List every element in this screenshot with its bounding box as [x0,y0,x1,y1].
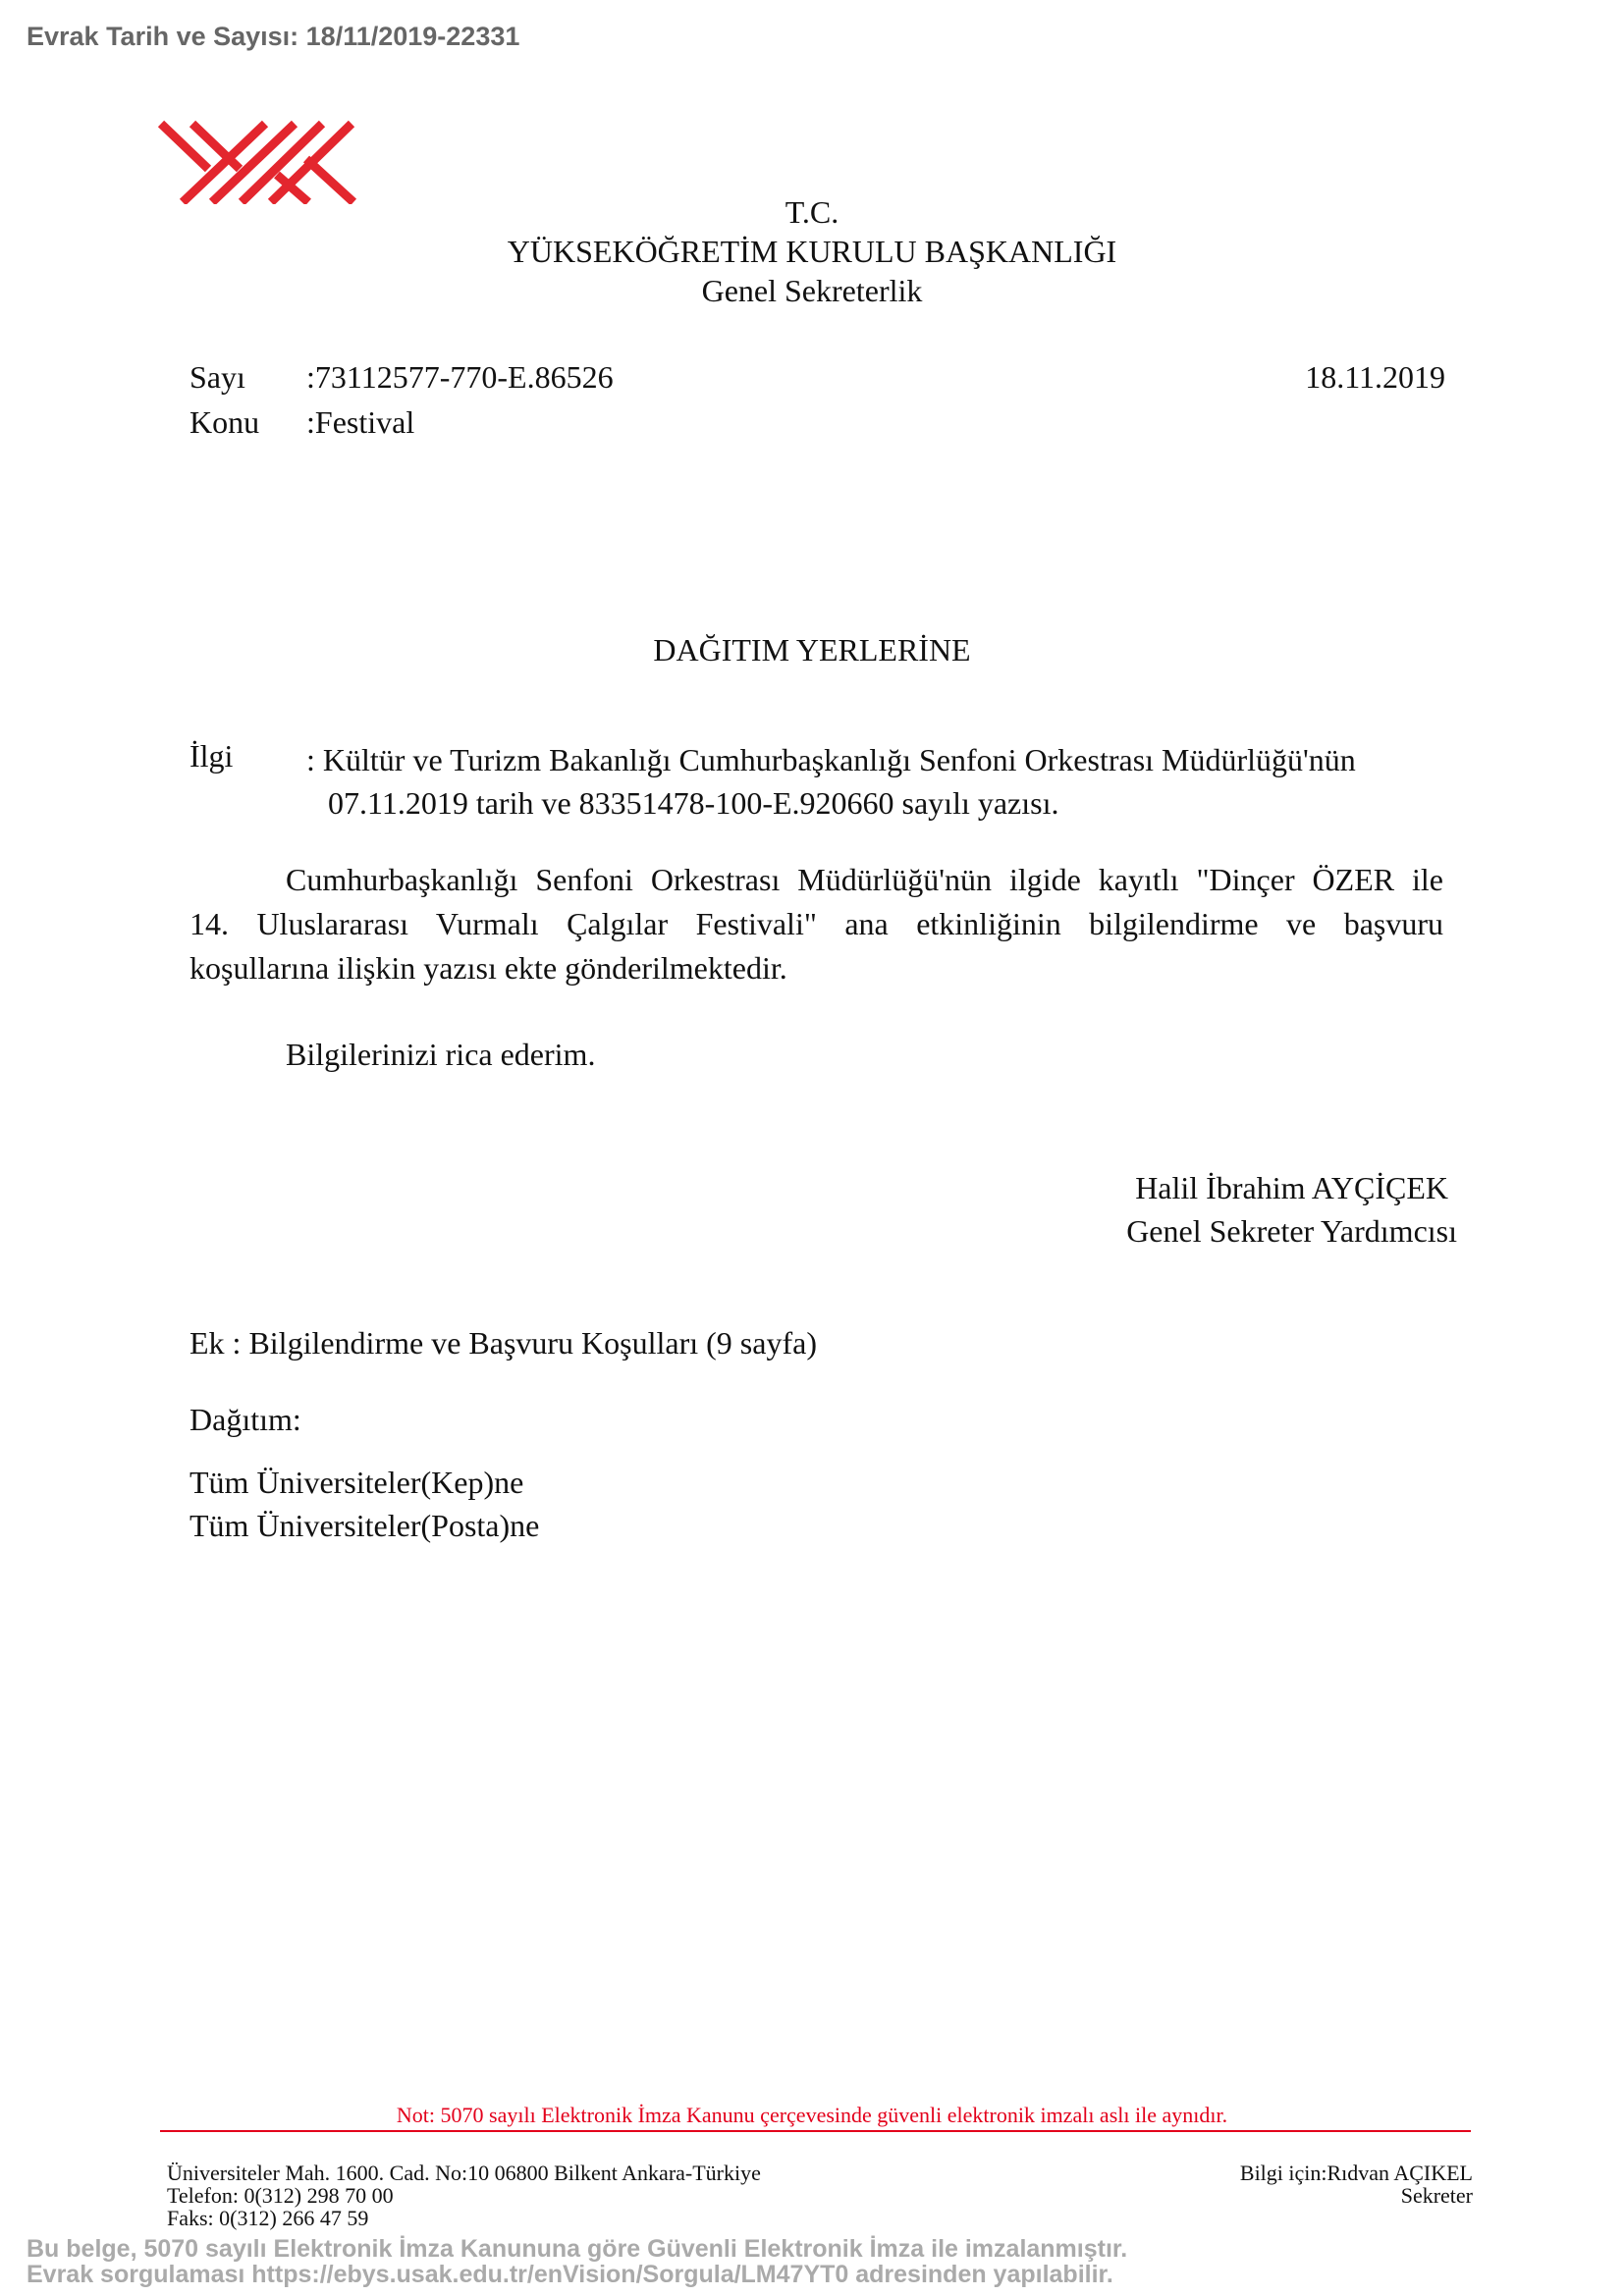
body-paragraph-2: Bilgilerinizi rica ederim. [189,1033,1443,1077]
body-paragraph-1: Cumhurbaşkanlığı Senfoni Orkestrası Müdü… [189,858,1443,990]
ilgi-line-1: : Kültür ve Turizm Bakanlığı Cumhurbaşka… [306,738,1445,781]
info-contact: Bilgi için:Rıdvan AÇIKEL [1240,2162,1473,2184]
ilgi-label: İlgi [189,738,233,774]
body-line: Cumhurbaşkanlığı Senfoni Orkestrası Müdü… [189,858,1443,902]
info-title: Sekreter [1240,2184,1473,2207]
verification-line-2: Evrak sorgulaması https://ebys.usak.edu.… [27,2262,1127,2287]
footer-phone: Telefon: 0(312) 298 70 00 [167,2184,761,2207]
sayi-value: :73112577-770-E.86526 [306,359,614,396]
konu-value: :Festival [306,404,414,441]
footer-address-block: Üniversiteler Mah. 1600. Cad. No:10 0680… [167,2162,761,2229]
header-department: Genel Sekreterlik [0,271,1624,310]
verification-line-1: Bu belge, 5070 sayılı Elektronik İmza Ka… [27,2236,1127,2262]
document-date: 18.11.2019 [1305,359,1445,396]
sayi-label: Sayı [189,359,245,396]
footer-info-block: Bilgi için:Rıdvan AÇIKEL Sekreter [1240,2162,1473,2207]
addressee-heading: DAĞITIM YERLERİNE [0,632,1624,668]
konu-label: Konu [189,404,259,441]
footer-fax: Faks: 0(312) 266 47 59 [167,2207,761,2229]
signatory-name: Halil İbrahim AYÇİÇEK [1126,1166,1457,1209]
distribution-list: Tüm Üniversiteler(Kep)ne Tüm Üniversitel… [189,1461,539,1547]
signatory-title: Genel Sekreter Yardımcısı [1126,1209,1457,1253]
esignature-note: Not: 5070 sayılı Elektronik İmza Kanunu … [0,2103,1624,2128]
header-institution: YÜKSEKÖĞRETİM KURULU BAŞKANLIĞI [0,232,1624,271]
body-line: 14. Uluslararası Vurmalı Çalgılar Festiv… [189,902,1443,946]
document-date-number-stamp: Evrak Tarih ve Sayısı: 18/11/2019-22331 [27,22,519,52]
ilgi-reference: : Kültür ve Turizm Bakanlığı Cumhurbaşka… [306,738,1445,825]
footer-divider [160,2130,1471,2132]
signature-block: Halil İbrahim AYÇİÇEK Genel Sekreter Yar… [1126,1166,1457,1253]
footer-address: Üniversiteler Mah. 1600. Cad. No:10 0680… [167,2162,761,2184]
ilgi-line-2: 07.11.2019 tarih ve 83351478-100-E.92066… [306,781,1445,825]
distribution-label: Dağıtım: [189,1402,301,1438]
distribution-item: Tüm Üniversiteler(Posta)ne [189,1504,539,1547]
closing-line: Bilgilerinizi rica ederim. [189,1033,1443,1077]
esignature-verification-stamp: Bu belge, 5070 sayılı Elektronik İmza Ka… [27,2236,1127,2287]
attachment-line: Ek : Bilgilendirme ve Başvuru Koşulları … [189,1325,817,1362]
header-tc: T.C. [0,192,1624,232]
distribution-item: Tüm Üniversiteler(Kep)ne [189,1461,539,1504]
body-line: koşullarına ilişkin yazısı ekte gönderil… [189,946,1443,990]
